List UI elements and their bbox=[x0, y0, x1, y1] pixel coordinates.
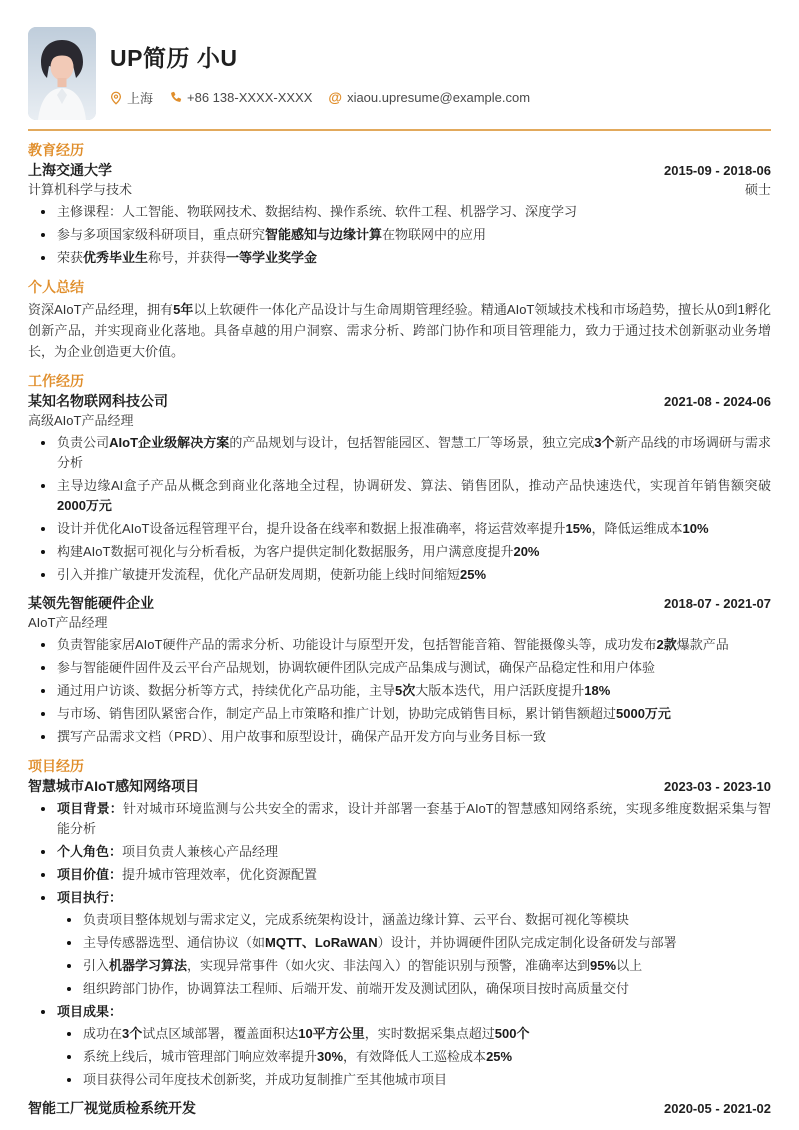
entry-title: 某知名物联网科技公司 bbox=[28, 393, 168, 410]
section-education: 教育经历上海交通大学2015-09 - 2018-06计算机科学与技术硕士主修课… bbox=[28, 141, 771, 268]
bullet-item: 构建AIoT数据可视化与分析看板，为客户提供定制化数据服务，用户满意度提升20% bbox=[28, 542, 771, 562]
section-projects: 项目经历智慧城市AIoT感知网络项目2023-03 - 2023-10项目背景：… bbox=[28, 757, 771, 1117]
bullet-item: 项目背景：针对城市环境监测与公共安全的需求，设计并部署一套基于AIoT的智慧感知… bbox=[28, 799, 771, 839]
bullet-item: 与市场、销售团队紧密合作，制定产品上市策略和推广计划，协助完成销售目标，累计销售… bbox=[28, 704, 771, 724]
entry: 上海交通大学2015-09 - 2018-06计算机科学与技术硕士主修课程：人工… bbox=[28, 162, 771, 268]
entry-title: 上海交通大学 bbox=[28, 162, 112, 179]
contact-item: +86 138-XXXX-XXXX bbox=[169, 90, 312, 105]
section-work: 工作经历某知名物联网科技公司2021-08 - 2024-06高级AIoT产品经… bbox=[28, 372, 771, 747]
entry-title: 某领先智能硬件企业 bbox=[28, 595, 154, 612]
sub-bullet-item: 成功在3个试点区域部署，覆盖面积达10平方公里，实时数据采集点超过500个 bbox=[57, 1024, 771, 1044]
entry-degree: 硕士 bbox=[745, 181, 771, 198]
entry: 智能工厂视觉质检系统开发2020-05 - 2021-02 bbox=[28, 1100, 771, 1117]
profile-photo bbox=[28, 27, 96, 120]
contact-row: 上海+86 138-XXXX-XXXX@xiaou.upresume@examp… bbox=[110, 88, 546, 107]
sub-bullet-item: 主导传感器选型、通信协议（如MQTT、LoRaWAN）设计，并协调硬件团队完成定… bbox=[57, 933, 771, 953]
email-icon: @ bbox=[328, 91, 342, 104]
summary-paragraph: 资深AIoT产品经理，拥有5年以上软硬件一体化产品设计与生命周期管理经验。精通A… bbox=[28, 299, 771, 362]
header-info: UP简历 小U 上海+86 138-XXXX-XXXX@xiaou.upresu… bbox=[110, 27, 546, 120]
section-title: 教育经历 bbox=[28, 141, 771, 159]
bullet-item: 通过用户访谈、数据分析等方式，持续优化产品功能，主导5次大版本迭代，用户活跃度提… bbox=[28, 681, 771, 701]
contact-text: +86 138-XXXX-XXXX bbox=[187, 90, 312, 105]
entry-subrow: 计算机科学与技术硕士 bbox=[28, 181, 771, 198]
entry: 某知名物联网科技公司2021-08 - 2024-06高级AIoT产品经理负责公… bbox=[28, 393, 771, 585]
entry: 智慧城市AIoT感知网络项目2023-03 - 2023-10项目背景：针对城市… bbox=[28, 778, 771, 1090]
resume-page: UP简历 小U 上海+86 138-XXXX-XXXX@xiaou.upresu… bbox=[0, 0, 799, 1130]
entry-head: 某领先智能硬件企业2018-07 - 2021-07 bbox=[28, 595, 771, 612]
entry-head: 上海交通大学2015-09 - 2018-06 bbox=[28, 162, 771, 179]
phone-icon bbox=[169, 91, 182, 104]
entry-head: 智慧城市AIoT感知网络项目2023-03 - 2023-10 bbox=[28, 778, 771, 795]
bullet-item: 项目成果：成功在3个试点区域部署，覆盖面积达10平方公里，实时数据采集点超过50… bbox=[28, 1002, 771, 1090]
entry-subtitle: 高级AIoT产品经理 bbox=[28, 412, 133, 429]
bullet-item: 项目执行：负责项目整体规划与需求定义，完成系统架构设计，涵盖边缘计算、云平台、数… bbox=[28, 888, 771, 999]
bullet-item: 撰写产品需求文档（PRD）、用户故事和原型设计，确保产品开发方向与业务目标一致 bbox=[28, 727, 771, 747]
resume-body: 教育经历上海交通大学2015-09 - 2018-06计算机科学与技术硕士主修课… bbox=[28, 141, 771, 1117]
contact-text: 上海 bbox=[127, 88, 153, 107]
bullet-item: 引入并推广敏捷开发流程，优化产品研发周期，使新功能上线时间缩短25% bbox=[28, 565, 771, 585]
bullet-item: 负责智能家居AIoT硬件产品的需求分析、功能设计与原型开发，包括智能音箱、智能摄… bbox=[28, 635, 771, 655]
bullet-item: 个人角色：项目负责人兼核心产品经理 bbox=[28, 842, 771, 862]
contact-text: xiaou.upresume@example.com bbox=[347, 90, 530, 105]
header-divider bbox=[28, 129, 771, 131]
bullet-item: 参与多项国家级科研项目，重点研究智能感知与边缘计算在物联网中的应用 bbox=[28, 225, 771, 245]
section-summary: 个人总结资深AIoT产品经理，拥有5年以上软硬件一体化产品设计与生命周期管理经验… bbox=[28, 278, 771, 362]
entry-date: 2018-07 - 2021-07 bbox=[664, 595, 771, 612]
entry-subrow: AIoT产品经理 bbox=[28, 614, 771, 631]
entry-head: 智能工厂视觉质检系统开发2020-05 - 2021-02 bbox=[28, 1100, 771, 1117]
contact-item: @xiaou.upresume@example.com bbox=[328, 90, 530, 105]
entry-date: 2021-08 - 2024-06 bbox=[664, 393, 771, 410]
section-title: 项目经历 bbox=[28, 757, 771, 775]
entry-subtitle: AIoT产品经理 bbox=[28, 614, 107, 631]
resume-header: UP简历 小U 上海+86 138-XXXX-XXXX@xiaou.upresu… bbox=[28, 0, 771, 120]
entry-title: 智能工厂视觉质检系统开发 bbox=[28, 1100, 196, 1117]
entry-date: 2023-03 - 2023-10 bbox=[664, 778, 771, 795]
sub-bullet-item: 项目获得公司年度技术创新奖，并成功复制推广至其他城市项目 bbox=[57, 1070, 771, 1090]
bullet-item: 项目价值：提升城市管理效率，优化资源配置 bbox=[28, 865, 771, 885]
contact-item: 上海 bbox=[110, 88, 153, 107]
bullet-list: 负责智能家居AIoT硬件产品的需求分析、功能设计与原型开发，包括智能音箱、智能摄… bbox=[28, 635, 771, 747]
section-title: 个人总结 bbox=[28, 278, 771, 296]
bullet-item: 参与智能硬件固件及云平台产品规划，协调软硬件团队完成产品集成与测试，确保产品稳定… bbox=[28, 658, 771, 678]
sub-bullet-item: 引入机器学习算法，实现异常事件（如火灾、非法闯入）的智能识别与预警，准确率达到9… bbox=[57, 956, 771, 976]
entry-head: 某知名物联网科技公司2021-08 - 2024-06 bbox=[28, 393, 771, 410]
bullet-item: 设计并优化AIoT设备远程管理平台，提升设备在线率和数据上报准确率，将运营效率提… bbox=[28, 519, 771, 539]
entry: 某领先智能硬件企业2018-07 - 2021-07AIoT产品经理负责智能家居… bbox=[28, 595, 771, 747]
entry-date: 2015-09 - 2018-06 bbox=[664, 162, 771, 179]
candidate-name: UP简历 小U bbox=[110, 40, 546, 73]
bullet-list: 项目背景：针对城市环境监测与公共安全的需求，设计并部署一套基于AIoT的智慧感知… bbox=[28, 799, 771, 1090]
bullet-list: 主修课程：人工智能、物联网技术、数据结构、操作系统、软件工程、机器学习、深度学习… bbox=[28, 202, 771, 268]
sub-bullet-item: 系统上线后，城市管理部门响应效率提升30%，有效降低人工巡检成本25% bbox=[57, 1047, 771, 1067]
bullet-item: 主导边缘AI盒子产品从概念到商业化落地全过程，协调研发、算法、销售团队，推动产品… bbox=[28, 476, 771, 516]
location-icon bbox=[110, 91, 122, 105]
bullet-item: 荣获优秀毕业生称号，并获得一等学业奖学金 bbox=[28, 248, 771, 268]
entry-date: 2020-05 - 2021-02 bbox=[664, 1100, 771, 1117]
sub-bullet-list: 成功在3个试点区域部署，覆盖面积达10平方公里，实时数据采集点超过500个系统上… bbox=[57, 1024, 771, 1090]
bullet-list: 负责公司AIoT企业级解决方案的产品规划与设计，包括智能园区、智慧工厂等场景，独… bbox=[28, 433, 771, 585]
entry-title: 智慧城市AIoT感知网络项目 bbox=[28, 778, 199, 795]
section-title: 工作经历 bbox=[28, 372, 771, 390]
sub-bullet-item: 组织跨部门协作，协调算法工程师、后端开发、前端开发及测试团队，确保项目按时高质量… bbox=[57, 979, 771, 999]
entry-subtitle: 计算机科学与技术 bbox=[28, 181, 132, 198]
sub-bullet-list: 负责项目整体规划与需求定义，完成系统架构设计，涵盖边缘计算、云平台、数据可视化等… bbox=[57, 910, 771, 999]
entry-subrow: 高级AIoT产品经理 bbox=[28, 412, 771, 429]
profile-photo-illustration bbox=[28, 27, 96, 120]
sub-bullet-item: 负责项目整体规划与需求定义，完成系统架构设计，涵盖边缘计算、云平台、数据可视化等… bbox=[57, 910, 771, 930]
bullet-item: 主修课程：人工智能、物联网技术、数据结构、操作系统、软件工程、机器学习、深度学习 bbox=[28, 202, 771, 222]
bullet-item: 负责公司AIoT企业级解决方案的产品规划与设计，包括智能园区、智慧工厂等场景，独… bbox=[28, 433, 771, 473]
